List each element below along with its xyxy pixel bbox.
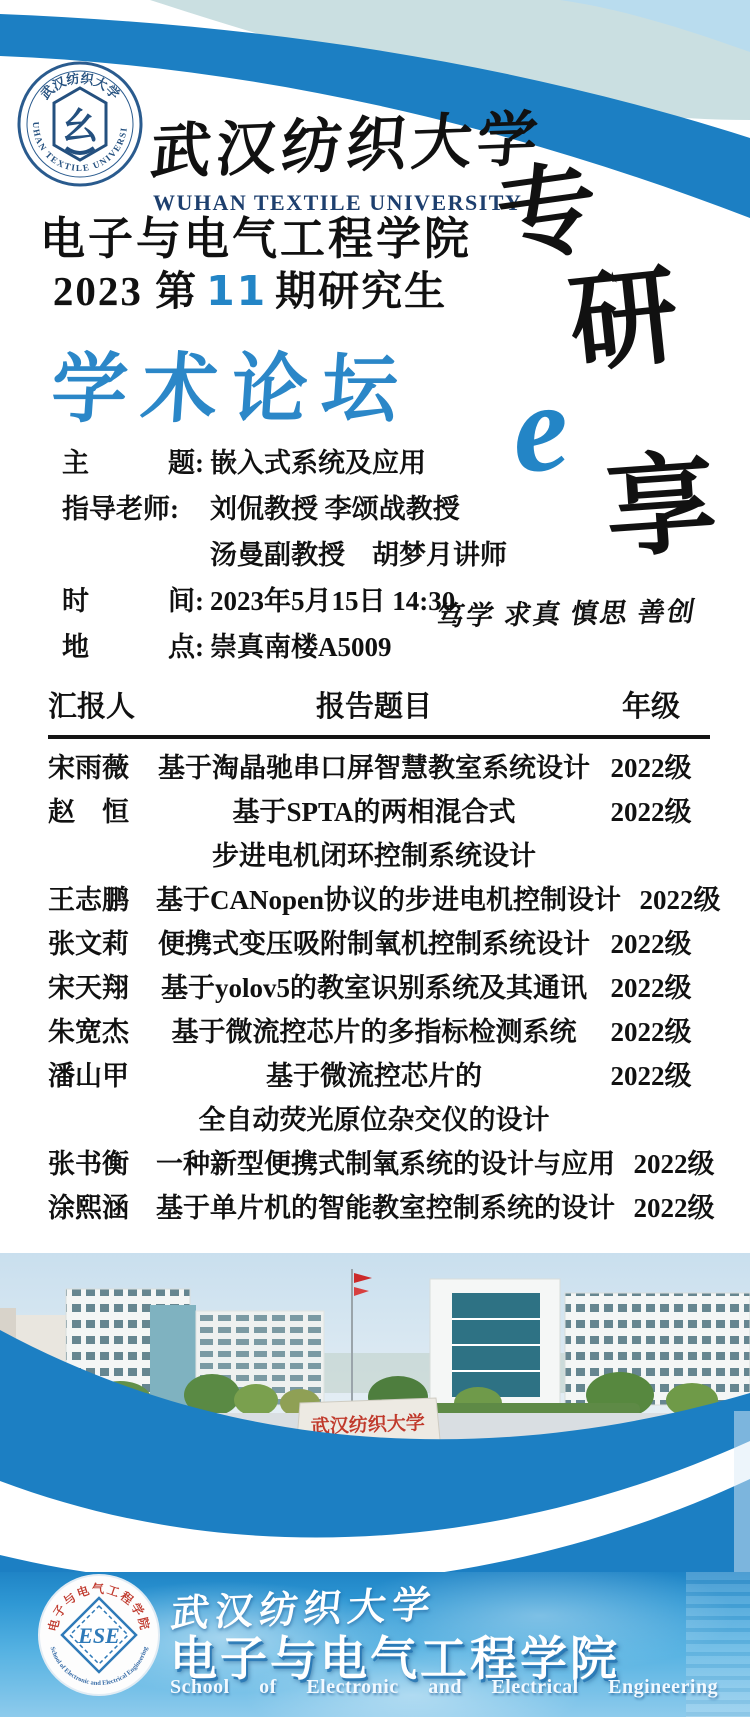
calligraphy-char-zhuan: 专 bbox=[492, 158, 605, 271]
report-title: 便携式变压吸附制氧机控制系统设计 bbox=[156, 929, 592, 959]
calligraphy-char-yan: 研 bbox=[565, 263, 684, 382]
presenter-grade: 2022级 bbox=[592, 753, 710, 783]
report-title: 全自动荧光原位杂交仪的设计 bbox=[156, 1105, 592, 1135]
calligraphy-char-xiang: 享 bbox=[602, 448, 719, 565]
presenter-name: 宋天翔 bbox=[48, 973, 156, 1003]
presenter-name: 宋雨薇 bbox=[48, 753, 156, 783]
detail-value: 崇真南楼A5009 bbox=[210, 630, 392, 664]
table-row: 步进电机闭环控制系统设计 bbox=[48, 841, 710, 871]
presenter-name bbox=[48, 841, 156, 871]
table-row: 宋天翔 基于yolov5的教室识别系统及其通讯 2022级 bbox=[48, 973, 710, 1003]
report-title: 基于单片机的智能教室控制系统的设计 bbox=[156, 1193, 615, 1223]
table-row: 涂熙涵 基于单片机的智能教室控制系统的设计 2022级 bbox=[48, 1193, 710, 1223]
presenter-name: 赵 恒 bbox=[48, 797, 156, 827]
university-seal: 武汉纺织大学 WUHAN TEXTILE UNIVERSITY 幺 bbox=[16, 60, 144, 188]
presenter-grade bbox=[592, 1105, 710, 1135]
detail-label-start: 时 bbox=[62, 584, 89, 618]
report-title: 基于SPTA的两相混合式 bbox=[156, 797, 592, 827]
header-divider bbox=[48, 735, 710, 739]
table-row: 朱宽杰 基于微流控芯片的多指标检测系统 2022级 bbox=[48, 1017, 710, 1047]
presenter-grade: 2022级 bbox=[592, 797, 710, 827]
presenter-grade: 2022级 bbox=[615, 1193, 733, 1223]
presenter-grade: 2022级 bbox=[592, 1061, 710, 1091]
university-name-cn: 武汉纺织大学 bbox=[148, 91, 547, 191]
event-details: 主题: 嵌入式系统及应用 指导老师: 刘侃教授 李颂战教授 汤曼副教授 胡梦月讲… bbox=[62, 446, 487, 676]
table-row: 全自动荧光原位杂交仪的设计 bbox=[48, 1105, 710, 1135]
detail-value: 嵌入式系统及应用 bbox=[210, 446, 426, 480]
detail-row: 主题: 嵌入式系统及应用 bbox=[62, 446, 487, 480]
presenter-grade: 2022级 bbox=[615, 1149, 733, 1179]
report-title: 基于淘晶驰串口屏智慧教室系统设计 bbox=[156, 753, 592, 783]
presenter-name: 涂熙涵 bbox=[48, 1193, 156, 1223]
detail-label: 时间: bbox=[62, 584, 204, 618]
detail-label: 地点: bbox=[62, 630, 204, 664]
seal-thread-glyph: 幺 bbox=[62, 106, 98, 146]
header-grade: 年级 bbox=[592, 684, 710, 725]
detail-label-start: 地 bbox=[62, 630, 89, 664]
table-row: 王志鹏 基于CANopen协议的步进电机控制设计 2022级 bbox=[48, 885, 710, 915]
schedule-rows: 宋雨薇 基于淘晶驰串口屏智慧教室系统设计 2022级 赵 恒 基于SPTA的两相… bbox=[48, 753, 710, 1223]
school-seal: 电子与电气工程学院 ESE School of Electronic and E… bbox=[36, 1572, 162, 1698]
forum-title: 学术论坛 bbox=[48, 328, 416, 437]
detail-value: 刘侃教授 李颂战教授 bbox=[210, 492, 460, 526]
footer-banner: 电子与电气工程学院 ESE School of Electronic and E… bbox=[0, 1572, 750, 1717]
campus-photo: 武汉纺织大学 bbox=[0, 1253, 750, 1583]
presenter-name: 朱宽杰 bbox=[48, 1017, 156, 1047]
issue-prefix: 2023 第 bbox=[53, 268, 198, 314]
issue-number: 11 bbox=[198, 267, 275, 315]
detail-label-end: 题: bbox=[168, 446, 204, 480]
calligraphy-char-e: e bbox=[506, 363, 575, 494]
schedule-header: 汇报人 报告题目 年级 bbox=[48, 684, 710, 725]
table-row: 赵 恒 基于SPTA的两相混合式 2022级 bbox=[48, 797, 710, 827]
report-title: 基于微流控芯片的多指标检测系统 bbox=[156, 1017, 592, 1047]
detail-label: 指导老师: bbox=[62, 492, 204, 526]
detail-label bbox=[62, 538, 204, 572]
presenter-name: 张文莉 bbox=[48, 929, 156, 959]
detail-row: 指导老师: 刘侃教授 李颂战教授 bbox=[62, 492, 487, 526]
report-title: 基于yolov5的教室识别系统及其通讯 bbox=[156, 973, 592, 1003]
issue-title: 2023 第11期研究生 bbox=[40, 258, 460, 317]
detail-row: 地点: 崇真南楼A5009 bbox=[62, 630, 487, 664]
right-edge-building-strip bbox=[734, 1411, 750, 1583]
detail-label: 主题: bbox=[62, 446, 204, 480]
detail-value: 汤曼副教授 胡梦月讲师 bbox=[210, 538, 507, 572]
detail-row: 时间: 2023年5月15日 14:30 bbox=[62, 584, 487, 618]
detail-label-start: 指导老师: bbox=[62, 492, 179, 526]
detail-label-end: 点: bbox=[168, 630, 204, 664]
issue-suffix: 期研究生 bbox=[275, 268, 447, 314]
detail-label-start: 主 bbox=[62, 446, 89, 480]
presenter-name: 潘山甲 bbox=[48, 1061, 156, 1091]
table-row: 潘山甲 基于微流控芯片的 2022级 bbox=[48, 1061, 710, 1091]
table-row: 张书衡 一种新型便携式制氧系统的设计与应用 2022级 bbox=[48, 1149, 710, 1179]
presenter-grade: 2022级 bbox=[592, 929, 710, 959]
report-title: 一种新型便携式制氧系统的设计与应用 bbox=[156, 1149, 615, 1179]
table-row: 张文莉 便携式变压吸附制氧机控制系统设计 2022级 bbox=[48, 929, 710, 959]
schedule-table: 汇报人 报告题目 年级 宋雨薇 基于淘晶驰串口屏智慧教室系统设计 2022级 赵… bbox=[48, 684, 710, 1223]
presenter-grade: 2022级 bbox=[592, 1017, 710, 1047]
header-report-title: 报告题目 bbox=[156, 684, 592, 725]
presenter-grade: 2022级 bbox=[592, 973, 710, 1003]
header-presenter: 汇报人 bbox=[48, 684, 156, 725]
presenter-name: 王志鹏 bbox=[48, 885, 156, 915]
presenter-grade: 2022级 bbox=[621, 885, 739, 915]
presenter-name: 张书衡 bbox=[48, 1149, 156, 1179]
presenter-grade bbox=[592, 841, 710, 871]
table-row: 宋雨薇 基于淘晶驰串口屏智慧教室系统设计 2022级 bbox=[48, 753, 710, 783]
detail-value: 2023年5月15日 14:30 bbox=[210, 584, 455, 618]
report-title: 基于微流控芯片的 bbox=[156, 1061, 592, 1091]
detail-row: 汤曼副教授 胡梦月讲师 bbox=[62, 538, 487, 572]
footer-school-name-en: School of Electronic and Electrical Engi… bbox=[170, 1676, 718, 1699]
presenter-name bbox=[48, 1105, 156, 1135]
report-title: 基于CANopen协议的步进电机控制设计 bbox=[156, 885, 621, 915]
detail-label-end: 间: bbox=[168, 584, 204, 618]
report-title: 步进电机闭环控制系统设计 bbox=[156, 841, 592, 871]
forum-poster: 武汉纺织大学 WUHAN TEXTILE UNIVERSITY 幺 武汉纺织大学… bbox=[0, 0, 750, 1717]
school-seal-letters: ESE bbox=[77, 1623, 120, 1648]
